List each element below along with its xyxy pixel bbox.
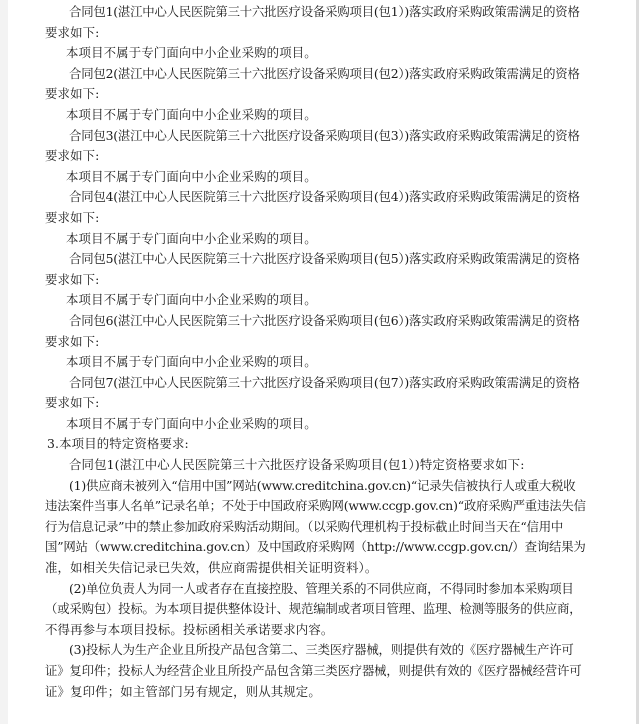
section-package-heading: 合同包1(湛江中心人民医院第三十六批医疗设备采购项目(包1）)特定资格要求如下: <box>45 455 577 476</box>
requirement-line: 证》复印件；投标人为经营企业且所投产品包含第三类医疗器械，则提供有效的《医疗器械… <box>45 661 577 682</box>
package-heading-continued: 要求如下: <box>45 23 577 44</box>
requirement-item-2: (2)单位负责人为同一人或者存在直接控股、管理关系的不同供应商，不得同时参加本采… <box>45 579 577 641</box>
package-heading: 合同包2(湛江中心人民医院第三十六批医疗设备采购项目(包2）)落实政府采购政策需… <box>45 64 577 85</box>
section-3-block: 3.本项目的特定资格要求: 合同包1(湛江中心人民医院第三十六批医疗设备采购项目… <box>45 434 577 702</box>
requirement-line: 国”网站（www.creditchina.gov.cn）及中国政府采购网（htt… <box>45 537 577 558</box>
package-heading: 合同包4(湛江中心人民医院第三十六批医疗设备采购项目(包4）)落实政府采购政策需… <box>45 187 577 208</box>
requirement-line: 不得再参与本项目投标。投标函相关承诺要求内容。 <box>45 620 577 641</box>
package-heading-continued: 要求如下: <box>45 84 577 105</box>
package-body: 本项目不属于专门面向中小企业采购的项目。 <box>45 167 577 188</box>
requirement-item-1: (1)供应商未被列入“信用中国”网站(www.creditchina.gov.c… <box>45 476 577 579</box>
requirement-line: (3)投标人为生产企业且所投产品包含第二、三类医疗器械，则提供有效的《医疗器械生… <box>45 640 577 661</box>
requirement-line: (1)供应商未被列入“信用中国”网站(www.creditchina.gov.c… <box>45 476 577 497</box>
package-1-block: 合同包1(湛江中心人民医院第三十六批医疗设备采购项目(包1）)落实政府采购政策需… <box>45 2 577 64</box>
package-body: 本项目不属于专门面向中小企业采购的项目。 <box>45 290 577 311</box>
package-heading: 合同包6(湛江中心人民医院第三十六批医疗设备采购项目(包6）)落实政府采购政策需… <box>45 311 577 332</box>
package-heading-continued: 要求如下: <box>45 393 577 414</box>
requirement-line: （或采购包）投标。为本项目提供整体设计、规范编制或者项目管理、监理、检测等服务的… <box>45 599 577 620</box>
package-heading: 合同包7(湛江中心人民医院第三十六批医疗设备采购项目(包7）)落实政府采购政策需… <box>45 373 577 394</box>
requirement-line: 违法案件当事人名单”记录名单；不处于中国政府采购网(www.ccgp.gov.c… <box>45 496 577 517</box>
package-heading-continued: 要求如下: <box>45 270 577 291</box>
requirement-line: 行为信息记录”中的禁止参加政府采购活动期间。（以采购代理机构于投标截止时间当天在… <box>45 517 577 538</box>
package-body: 本项目不属于专门面向中小企业采购的项目。 <box>45 229 577 250</box>
requirement-item-3: (3)投标人为生产企业且所投产品包含第二、三类医疗器械，则提供有效的《医疗器械生… <box>45 640 577 702</box>
package-heading: 合同包3(湛江中心人民医院第三十六批医疗设备采购项目(包3）)落实政府采购政策需… <box>45 126 577 147</box>
package-body: 本项目不属于专门面向中小企业采购的项目。 <box>45 414 577 435</box>
package-heading-continued: 要求如下: <box>45 208 577 229</box>
package-body: 本项目不属于专门面向中小企业采购的项目。 <box>45 105 577 126</box>
package-7-block: 合同包7(湛江中心人民医院第三十六批医疗设备采购项目(包7）)落实政府采购政策需… <box>45 373 577 435</box>
package-body: 本项目不属于专门面向中小企业采购的项目。 <box>45 352 577 373</box>
left-page-margin <box>0 0 8 724</box>
package-heading: 合同包1(湛江中心人民医院第三十六批医疗设备采购项目(包1）)落实政府采购政策需… <box>45 2 577 23</box>
package-body: 本项目不属于专门面向中小企业采购的项目。 <box>45 43 577 64</box>
requirement-line: (2)单位负责人为同一人或者存在直接控股、管理关系的不同供应商，不得同时参加本采… <box>45 579 577 600</box>
section-heading: 3.本项目的特定资格要求: <box>45 434 577 455</box>
package-heading-continued: 要求如下: <box>45 332 577 353</box>
document-page: 合同包1(湛江中心人民医院第三十六批医疗设备采购项目(包1）)落实政府采购政策需… <box>45 2 577 702</box>
package-3-block: 合同包3(湛江中心人民医院第三十六批医疗设备采购项目(包3）)落实政府采购政策需… <box>45 126 577 188</box>
package-6-block: 合同包6(湛江中心人民医院第三十六批医疗设备采购项目(包6）)落实政府采购政策需… <box>45 311 577 373</box>
requirement-line: 证》复印件；如主管部门另有规定，则从其规定。 <box>45 682 577 703</box>
package-4-block: 合同包4(湛江中心人民医院第三十六批医疗设备采购项目(包4）)落实政府采购政策需… <box>45 187 577 249</box>
requirement-line: 准，如相关失信记录已失效，供应商需提供相关证明资料）。 <box>45 558 577 579</box>
package-heading-continued: 要求如下: <box>45 146 577 167</box>
package-2-block: 合同包2(湛江中心人民医院第三十六批医疗设备采购项目(包2）)落实政府采购政策需… <box>45 64 577 126</box>
package-5-block: 合同包5(湛江中心人民医院第三十六批医疗设备采购项目(包5）)落实政府采购政策需… <box>45 249 577 311</box>
package-heading: 合同包5(湛江中心人民医院第三十六批医疗设备采购项目(包5）)落实政府采购政策需… <box>45 249 577 270</box>
